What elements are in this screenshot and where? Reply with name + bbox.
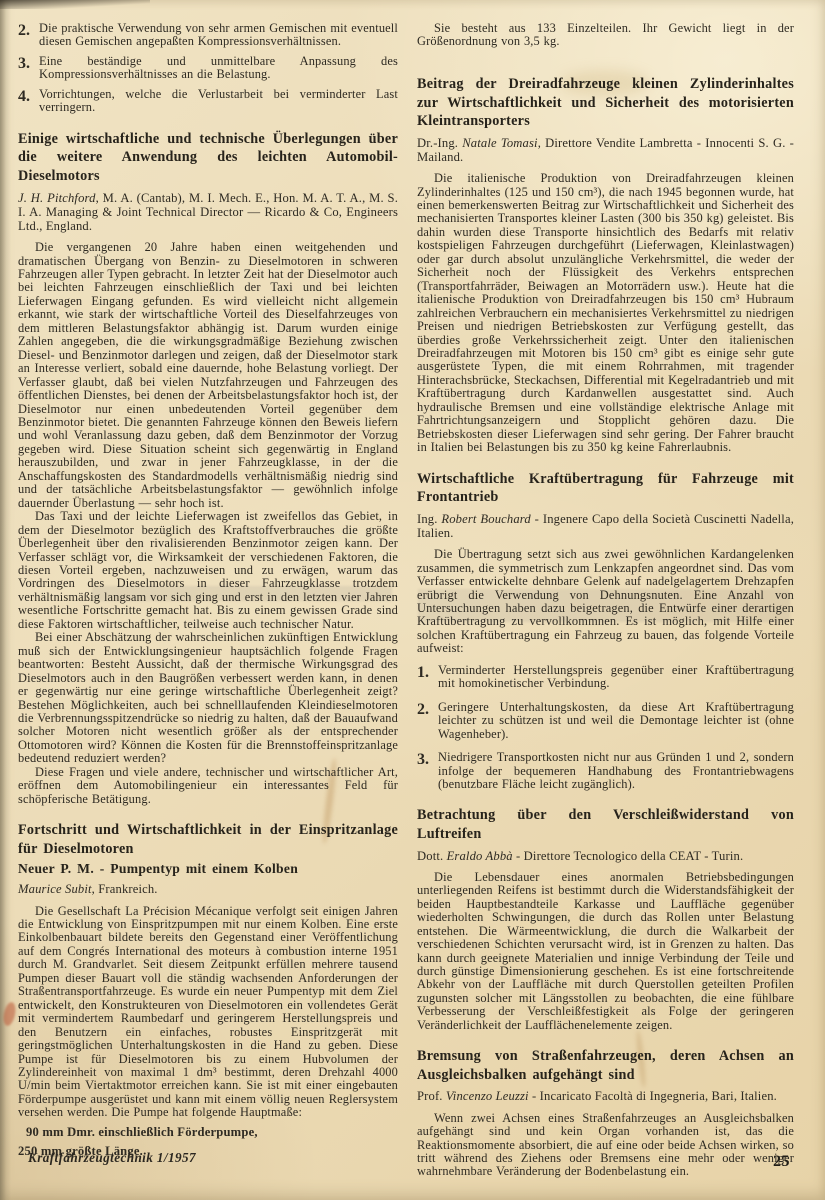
body-paragraph: Die Lebensdauer eines anormalen Betriebs… <box>417 871 794 1032</box>
author-title: Dr.-Ing. <box>417 136 462 150</box>
list-item-text: Geringere Unterhaltungskosten, da diese … <box>438 701 794 741</box>
author-name: Maurice Subit <box>18 882 92 896</box>
article-title: Bremsung von Straßenfahrzeugen, deren Ac… <box>417 1047 794 1084</box>
spec-line: 90 mm Dmr. einschließlich Förderpumpe, <box>18 1123 398 1142</box>
body-paragraph: Bei einer Abschätzung der wahrscheinlich… <box>18 631 398 766</box>
list-number: 4. <box>18 88 30 106</box>
list-item: 1. Verminderter Herstellungspreis gegenü… <box>417 664 794 691</box>
left-column: 2. Die praktische Verwendung von sehr ar… <box>18 22 398 1161</box>
list-number: 2. <box>417 701 429 719</box>
author-line: Dr.-Ing. Natale Tomasi, Direttore Vendit… <box>417 136 794 164</box>
author-name: Natale Tomasi <box>462 136 537 150</box>
page-number: 25 <box>773 1153 790 1171</box>
author-line: Prof. Vincenzo Leuzzi - Incaricato Facol… <box>417 1089 794 1103</box>
list-item: 4. Vorrichtungen, welche die Verlustarbe… <box>18 88 398 115</box>
author-title: Dott. <box>417 849 447 863</box>
author-title: Prof. <box>417 1089 446 1103</box>
list-number: 3. <box>417 751 429 769</box>
right-column: Sie besteht aus 133 Einzelteilen. Ihr Ge… <box>417 22 794 1179</box>
page-top-edge-shadow <box>0 0 150 9</box>
author-name: Vincenzo Leuzzi <box>446 1089 529 1103</box>
author-line: Maurice Subit, Frankreich. <box>18 882 398 896</box>
scanned-journal-page: 2. Die praktische Verwendung von sehr ar… <box>0 0 825 1200</box>
body-paragraph: Wenn zwei Achsen eines Straßenfahrzeuges… <box>417 1112 794 1179</box>
body-paragraph: Diese Fragen und viele andere, technisch… <box>18 766 398 806</box>
list-item-text: Verminderter Herstellungspreis gegenüber… <box>438 664 794 691</box>
article-title: Beitrag der Dreiradfahrzeuge kleinen Zyl… <box>417 75 794 131</box>
body-paragraph: Sie besteht aus 133 Einzelteilen. Ihr Ge… <box>417 22 794 49</box>
list-item: 2. Die praktische Verwendung von sehr ar… <box>18 22 398 49</box>
list-item: 2. Geringere Unterhaltungskosten, da die… <box>417 701 794 741</box>
list-item-text: Vorrichtungen, welche die Verlustarbeit … <box>39 88 398 115</box>
author-line: Ing. Robert Bouchard - Ingenere Capo del… <box>417 512 794 540</box>
list-item: 3. Eine beständige und unmittelbare Anpa… <box>18 55 398 82</box>
list-item-text: Niedrigere Transportkosten nicht nur aus… <box>438 751 794 791</box>
journal-footer: Kraftfahrzeugtechnik 1/1957 <box>28 1150 196 1166</box>
body-paragraph: Die Übertragung setzt sich aus zwei gewö… <box>417 548 794 656</box>
list-item-text: Die praktische Verwendung von sehr armen… <box>39 22 398 49</box>
article-title: Wirtschaftliche Kraftübertragung für Fah… <box>417 470 794 507</box>
article-title: Fortschritt und Wirtschaftlichkeit in de… <box>18 821 398 858</box>
list-item-text: Eine beständige und unmittelbare Anpassu… <box>39 55 398 82</box>
article-subtitle: Neuer P. M. - Pumpentyp mit einem Kolben <box>18 860 398 878</box>
author-name: Robert Bouchard <box>441 512 530 526</box>
list-number: 2. <box>18 22 30 40</box>
author-title: Ing. <box>417 512 441 526</box>
body-paragraph: Die Gesellschaft La Précision Mécanique … <box>18 905 398 1120</box>
list-number: 1. <box>417 664 429 682</box>
body-paragraph: Das Taxi und der leichte Lieferwagen ist… <box>18 510 398 631</box>
author-affiliation: , Frankreich. <box>92 882 158 896</box>
author-name: J. H. Pitchford <box>18 191 96 205</box>
list-number: 3. <box>18 55 30 73</box>
author-name: Eraldo Abbà <box>447 849 513 863</box>
advantages-list: 1. Verminderter Herstellungspreis gegenü… <box>417 664 794 792</box>
body-paragraph: Die vergangenen 20 Jahre haben einen wei… <box>18 241 398 510</box>
author-line: J. H. Pitchford, M. A. (Cantab), M. I. M… <box>18 191 398 234</box>
list-item: 3. Niedrigere Transportkosten nicht nur … <box>417 751 794 791</box>
article-title: Betrachtung über den Verschleißwiderstan… <box>417 806 794 843</box>
page-edge-shadow <box>0 0 11 1200</box>
article-title: Einige wirtschaftliche und technische Üb… <box>18 130 398 186</box>
author-line: Dott. Eraldo Abbà - Direttore Tecnologic… <box>417 849 794 863</box>
author-affiliation: - Incaricato Facoltà di Ingegneria, Bari… <box>529 1089 777 1103</box>
author-affiliation: - Direttore Tecnologico della CEAT - Tur… <box>513 849 744 863</box>
body-paragraph: Die italienische Produktion von Dreiradf… <box>417 172 794 455</box>
